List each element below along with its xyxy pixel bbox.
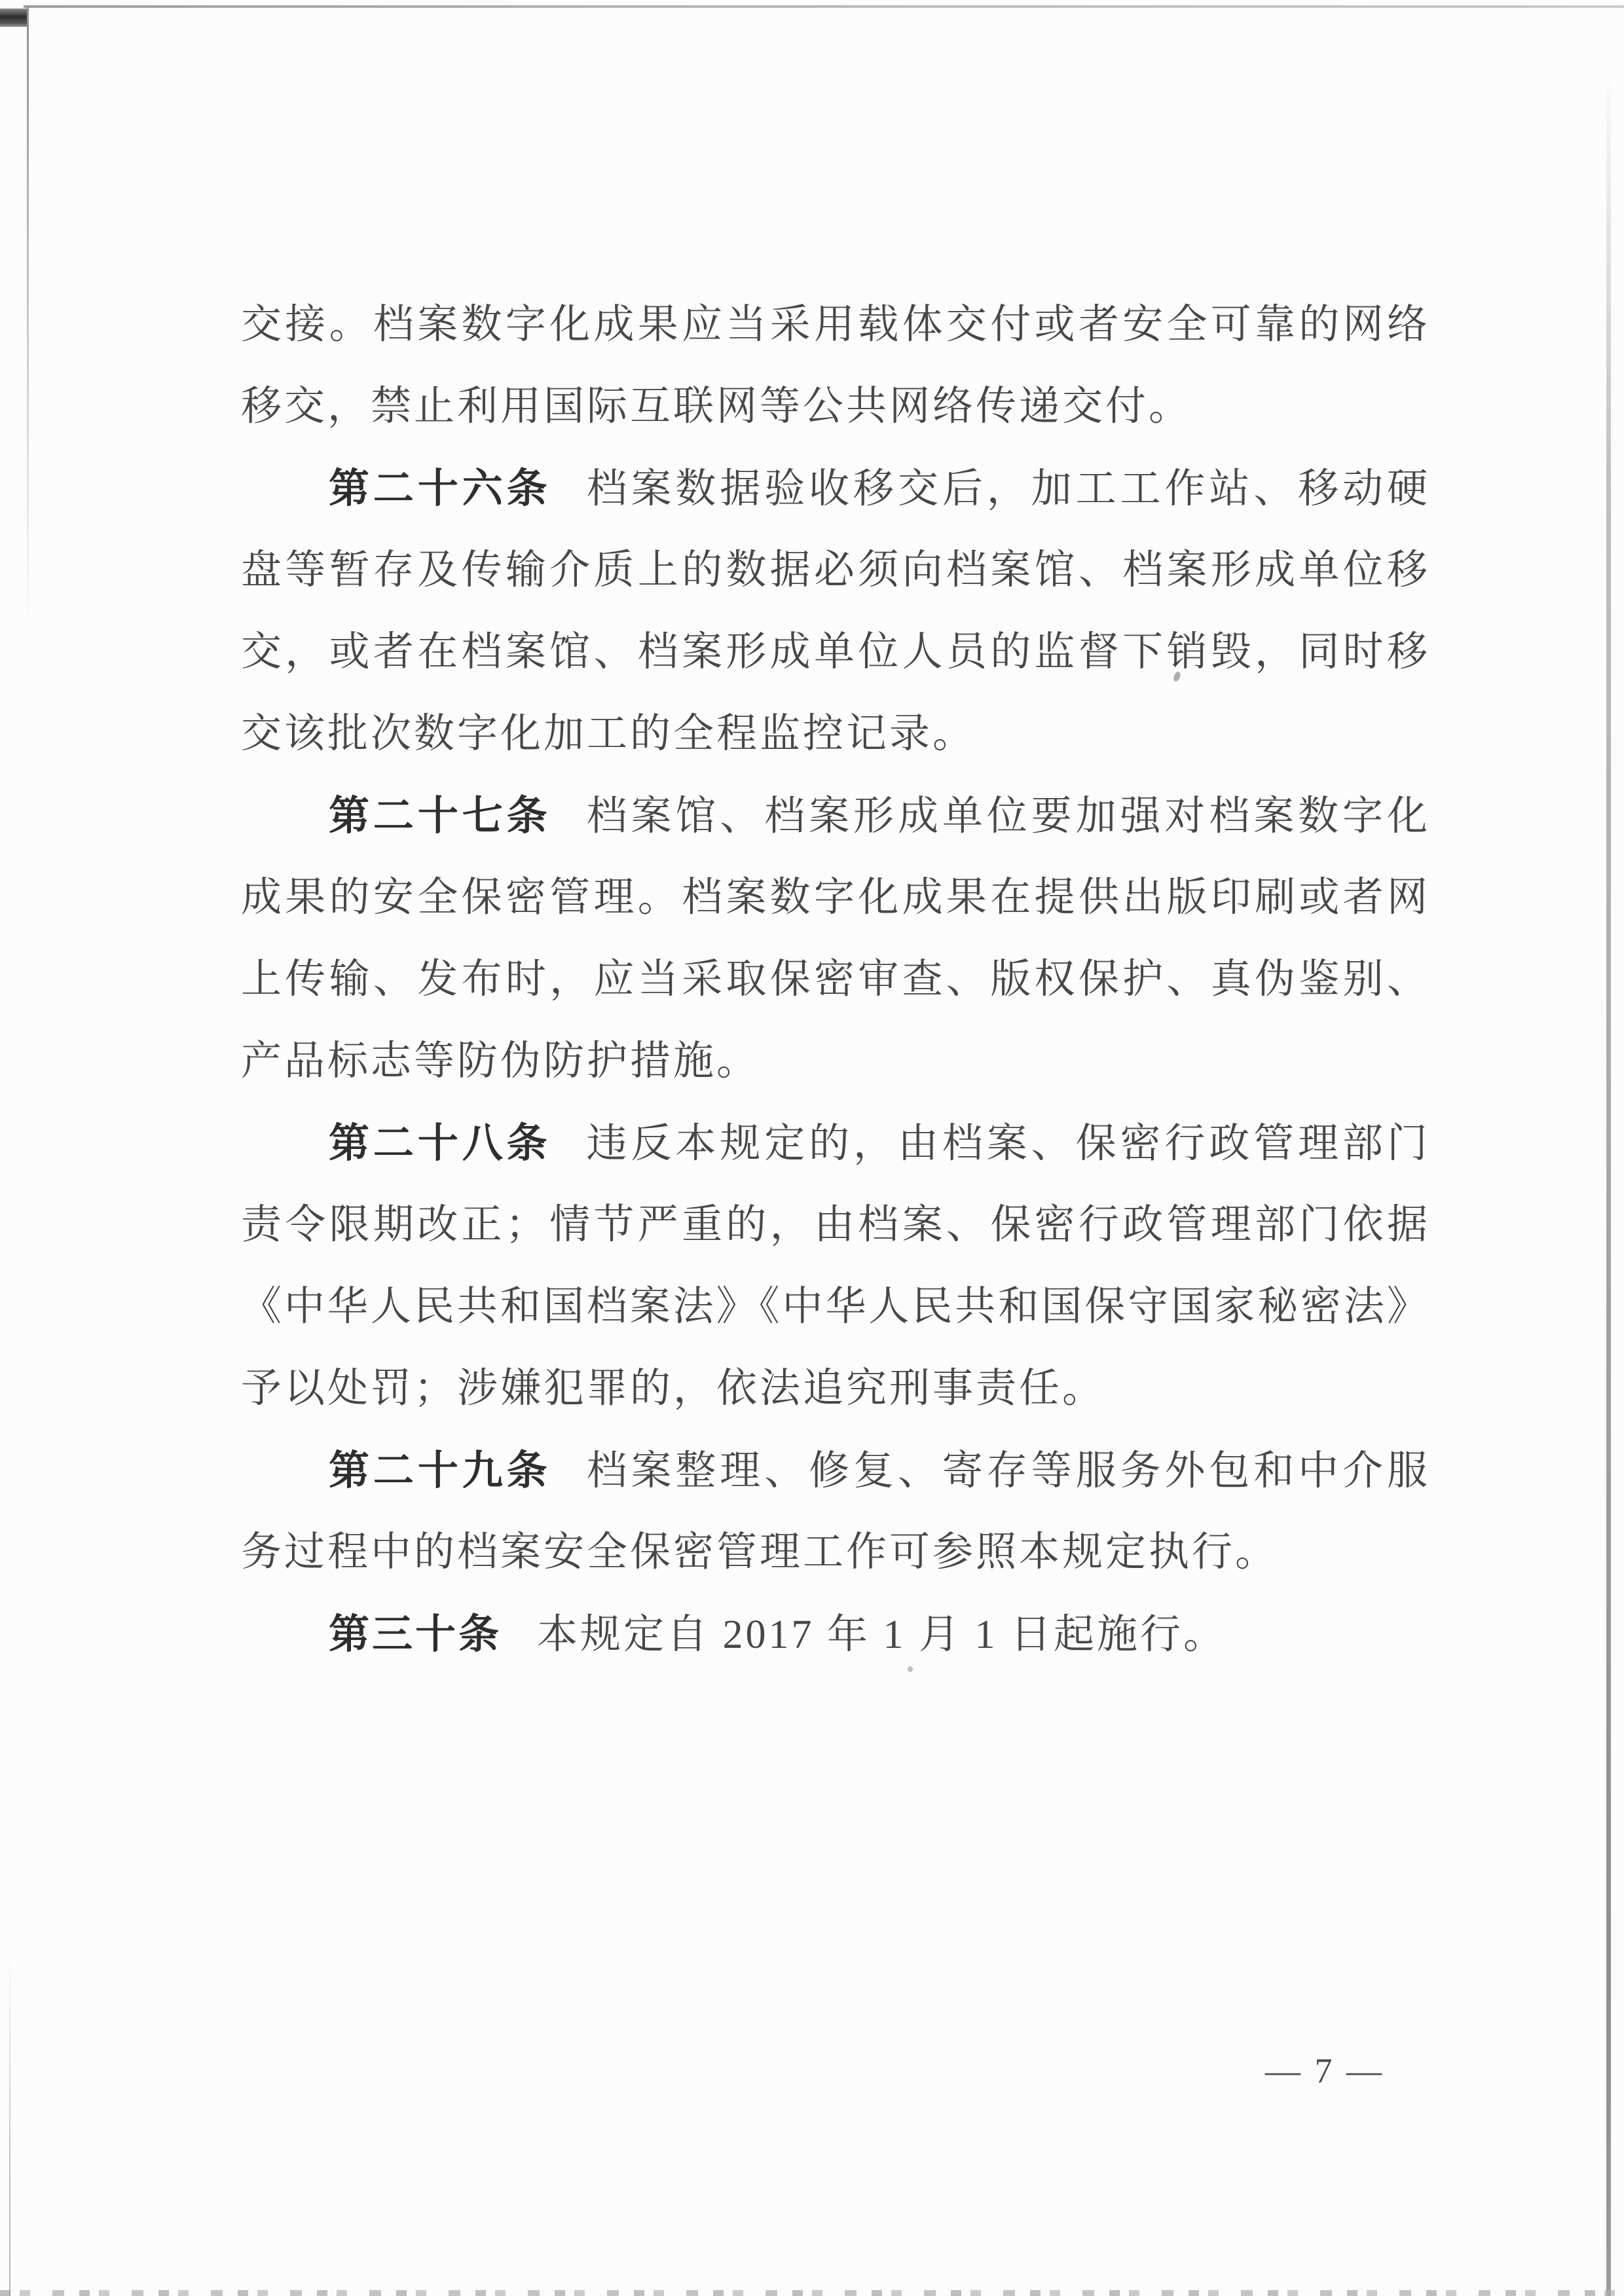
line-text: 本规定自 2017 年 1 月 1 日起施行。 xyxy=(537,1613,1227,1657)
scan-noise-band xyxy=(0,2290,1624,2296)
line-text: 责令限期改正；情节严重的，由档案、保密行政管理部门依据 xyxy=(241,1203,1430,1247)
text-line: 交，或者在档案馆、档案形成单位人员的监督下销毁，同时移 xyxy=(241,611,1430,693)
article-number-heading: 第二十八条 xyxy=(329,1121,551,1166)
line-text: 上传输、发布时，应当采取保密审查、版权保护、真伪鉴别、 xyxy=(241,957,1430,1002)
text-line: 盘等暂存及传输介质上的数据必须向档案馆、档案形成单位移 xyxy=(241,530,1430,611)
line-text: 档案数据验收移交后，加工工作站、移动硬 xyxy=(587,467,1430,511)
scan-edge-left-line xyxy=(27,7,29,629)
page-number: — 7 — xyxy=(1249,2048,1400,2094)
line-text: 予以处罚；涉嫌犯罪的，依法追究刑事责任。 xyxy=(241,1366,1105,1411)
scan-edge-right-line xyxy=(1606,72,1611,2296)
text-line: 予以处罚；涉嫌犯罪的，依法追究刑事责任。 xyxy=(241,1348,1430,1430)
line-text: 交接。档案数字化成果应当采用载体交付或者安全可靠的网络 xyxy=(241,302,1430,347)
text-line: 交该批次数字化加工的全程监控记录。 xyxy=(241,693,1430,775)
text-line: 第三十条本规定自 2017 年 1 月 1 日起施行。 xyxy=(241,1594,1430,1675)
text-line: 第二十六条档案数据验收移交后，加工工作站、移动硬 xyxy=(241,448,1430,530)
text-line: 第二十九条档案整理、修复、寄存等服务外包和中介服 xyxy=(241,1430,1430,1512)
scan-edge-top-line xyxy=(24,5,1624,8)
line-text: 违反本规定的，由档案、保密行政管理部门 xyxy=(587,1121,1430,1166)
line-text: 《中华人民共和国档案法》《中华人民共和国保守国家秘密法》 xyxy=(241,1285,1430,1329)
article-number-heading: 第二十七条 xyxy=(329,793,551,839)
text-line: 务过程中的档案安全保密管理工作可参照本规定执行。 xyxy=(241,1512,1430,1594)
line-text: 产品标志等防伪防护措施。 xyxy=(241,1039,760,1084)
document-page: 交接。档案数字化成果应当采用载体交付或者安全可靠的网络移交，禁止利用国际互联网等… xyxy=(0,0,1624,2296)
line-text: 移交，禁止利用国际互联网等公共网络传递交付。 xyxy=(241,384,1192,429)
line-text: 交，或者在档案馆、档案形成单位人员的监督下销毁，同时移 xyxy=(241,630,1430,674)
text-line: 上传输、发布时，应当采取保密审查、版权保护、真伪鉴别、 xyxy=(241,939,1430,1021)
text-line: 第二十八条违反本规定的，由档案、保密行政管理部门 xyxy=(241,1102,1430,1184)
line-text: 盘等暂存及传输介质上的数据必须向档案馆、档案形成单位移 xyxy=(241,548,1430,592)
text-line: 交接。档案数字化成果应当采用载体交付或者安全可靠的网络 xyxy=(241,284,1430,366)
text-line: 责令限期改正；情节严重的，由档案、保密行政管理部门依据 xyxy=(241,1184,1430,1266)
line-text: 交该批次数字化加工的全程监控记录。 xyxy=(241,712,976,756)
article-number-heading: 第三十条 xyxy=(329,1612,502,1657)
text-line: 《中华人民共和国档案法》《中华人民共和国保守国家秘密法》 xyxy=(241,1266,1430,1348)
line-text: 成果的安全保密管理。档案数字化成果在提供出版印刷或者网 xyxy=(241,875,1430,920)
line-text: 档案馆、档案形成单位要加强对档案数字化 xyxy=(587,794,1430,839)
text-line: 成果的安全保密管理。档案数字化成果在提供出版印刷或者网 xyxy=(241,857,1430,939)
text-line: 产品标志等防伪防护措施。 xyxy=(241,1021,1430,1102)
article-number-heading: 第二十九条 xyxy=(329,1448,551,1493)
text-line: 第二十七条档案馆、档案形成单位要加强对档案数字化 xyxy=(241,775,1430,857)
scan-edge-left-line-lower xyxy=(9,1951,10,2296)
scan-corner-mark xyxy=(0,9,29,27)
line-text: 务过程中的档案安全保密管理工作可参照本规定执行。 xyxy=(241,1530,1278,1575)
article-number-heading: 第二十六条 xyxy=(329,466,551,511)
line-text: 档案整理、修复、寄存等服务外包和中介服 xyxy=(587,1449,1430,1493)
document-body: 交接。档案数字化成果应当采用载体交付或者安全可靠的网络移交，禁止利用国际互联网等… xyxy=(241,284,1430,1675)
text-line: 移交，禁止利用国际互联网等公共网络传递交付。 xyxy=(241,366,1430,448)
